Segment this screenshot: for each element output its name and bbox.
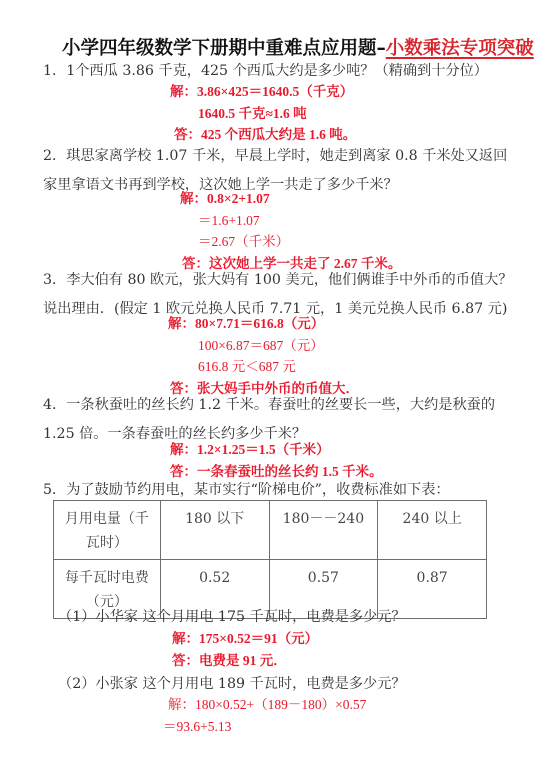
solution-line: 解：3.86×425＝1640.5（千克） bbox=[170, 81, 356, 103]
solution-5-2: 解：180×0.52+（189－180）×0.57 ＝93.6+5.13 bbox=[163, 694, 366, 737]
solution-line: 解：180×0.52+（189－180）×0.57 bbox=[163, 694, 366, 716]
title-highlight: 小数乘法专项突破 bbox=[386, 38, 534, 59]
question-text-line: 2．琪思家离学校 1.07 千米，早晨上学时，她走到离家 0.8 千米处又返回 bbox=[43, 142, 513, 171]
solution-3: 解：80×7.71＝616.8（元） 100×6.87＝687（元） 616.8… bbox=[168, 313, 359, 399]
solution-5-1: 解：175×0.52＝91（元） 答：电费是 91 元． bbox=[172, 628, 318, 671]
solution-line: ＝1.6+1.07 bbox=[180, 210, 401, 232]
solution-1: 解：3.86×425＝1640.5（千克） 1640.5 千克≈1.6 吨 答：… bbox=[170, 81, 356, 146]
solution-line: 100×6.87＝687（元） bbox=[168, 335, 359, 357]
solution-line: 解：0.8×2+1.07 bbox=[180, 188, 401, 210]
answer-line: 答：电费是 91 元． bbox=[172, 650, 318, 672]
electricity-tariff-table: 月用电量（千瓦时） 180 以下 180－－240 240 以上 每千瓦时电费（… bbox=[53, 500, 487, 619]
table-cell: 月用电量（千瓦时） bbox=[54, 501, 161, 560]
solution-line: 解：1.2×1.25＝1.5（千米） bbox=[170, 439, 383, 461]
title-main: 小学四年级数学下册期中重难点应用题– bbox=[62, 38, 386, 59]
question-text-line: 4．一条秋蚕吐的丝长约 1.2 千米。春蚕吐的丝要长一些，大约是秋蚕的 bbox=[43, 391, 513, 420]
worksheet-page: 小学四年级数学下册期中重难点应用题–小数乘法专项突破 1．1个西瓜 3.86 千… bbox=[0, 0, 553, 782]
table-cell: 180－－240 bbox=[269, 501, 378, 560]
solution-2: 解：0.8×2+1.07 ＝1.6+1.07 ＝2.67（千米） 答：这次她上学… bbox=[180, 188, 401, 274]
solution-line: 解：175×0.52＝91（元） bbox=[172, 628, 318, 650]
table-row: 月用电量（千瓦时） 180 以下 180－－240 240 以上 bbox=[54, 501, 487, 560]
table-cell: 180 以下 bbox=[160, 501, 269, 560]
solution-line: 1640.5 千克≈1.6 吨 bbox=[170, 103, 356, 125]
solution-line: ＝93.6+5.13 bbox=[163, 716, 366, 738]
question-text-line: 3．李大伯有 80 欧元，张大妈有 100 美元，他们俩谁手中外币的币值大？ bbox=[43, 266, 513, 295]
solution-line: 616.8 元＜687 元 bbox=[168, 356, 359, 378]
table-cell: 240 以上 bbox=[378, 501, 487, 560]
solution-line: ＝2.67（千米） bbox=[180, 231, 401, 253]
solution-line: 解：80×7.71＝616.8（元） bbox=[168, 313, 359, 335]
